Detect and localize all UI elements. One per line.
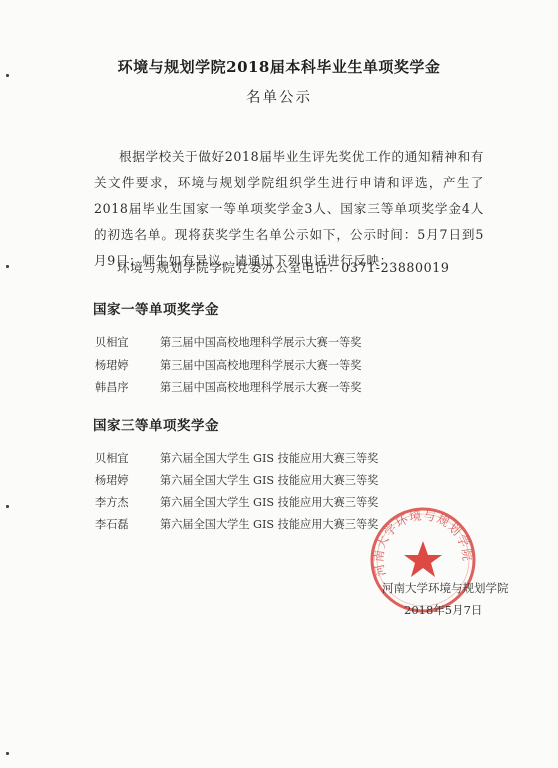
award-name: 第三届中国高校地理科学展示大赛一等奖 [160, 379, 361, 395]
student-name: 杨珺婷 [95, 357, 155, 373]
document-subtitle: 名单公示 [0, 86, 558, 107]
student-name: 贝相宜 [95, 334, 155, 350]
signature-date: 2018年5月7日 [404, 602, 482, 618]
document-page: 环境与规划学院2018届本科毕业生单项奖学金 名单公示 根据学校关于做好2018… [0, 0, 558, 768]
signature-org: 河南大学环境与规划学院 [382, 580, 509, 596]
student-name: 杨珺婷 [95, 472, 155, 488]
scan-mark [6, 74, 9, 77]
body-paragraph: 根据学校关于做好2018届毕业生评先奖优工作的通知精神和有关文件要求，环境与规划… [94, 144, 484, 274]
section-heading-first-class: 国家一等单项奖学金 [93, 298, 219, 318]
scan-mark [6, 752, 9, 755]
scan-mark [6, 265, 9, 268]
student-name: 李石磊 [95, 516, 155, 532]
award-name: 第六届全国大学生 GIS 技能应用大赛三等奖 [160, 516, 378, 532]
award-name: 第六届全国大学生 GIS 技能应用大赛三等奖 [160, 450, 378, 466]
student-name: 韩昌序 [95, 379, 155, 395]
document-title: 环境与规划学院2018届本科毕业生单项奖学金 [0, 56, 558, 77]
student-name: 李方杰 [95, 494, 155, 510]
official-seal-icon: 河南大学环境与规划学院 [368, 505, 478, 615]
award-name: 第六届全国大学生 GIS 技能应用大赛三等奖 [160, 494, 378, 510]
award-name: 第三届中国高校地理科学展示大赛一等奖 [160, 357, 361, 373]
award-name: 第三届中国高校地理科学展示大赛一等奖 [160, 334, 361, 350]
student-name: 贝相宜 [95, 450, 155, 466]
award-name: 第六届全国大学生 GIS 技能应用大赛三等奖 [160, 472, 378, 488]
contact-line: 环境与规划学院学院党委办公室电话：0371-23880019 [117, 257, 450, 276]
scan-mark [6, 505, 9, 508]
section-heading-third-class: 国家三等单项奖学金 [93, 414, 219, 434]
